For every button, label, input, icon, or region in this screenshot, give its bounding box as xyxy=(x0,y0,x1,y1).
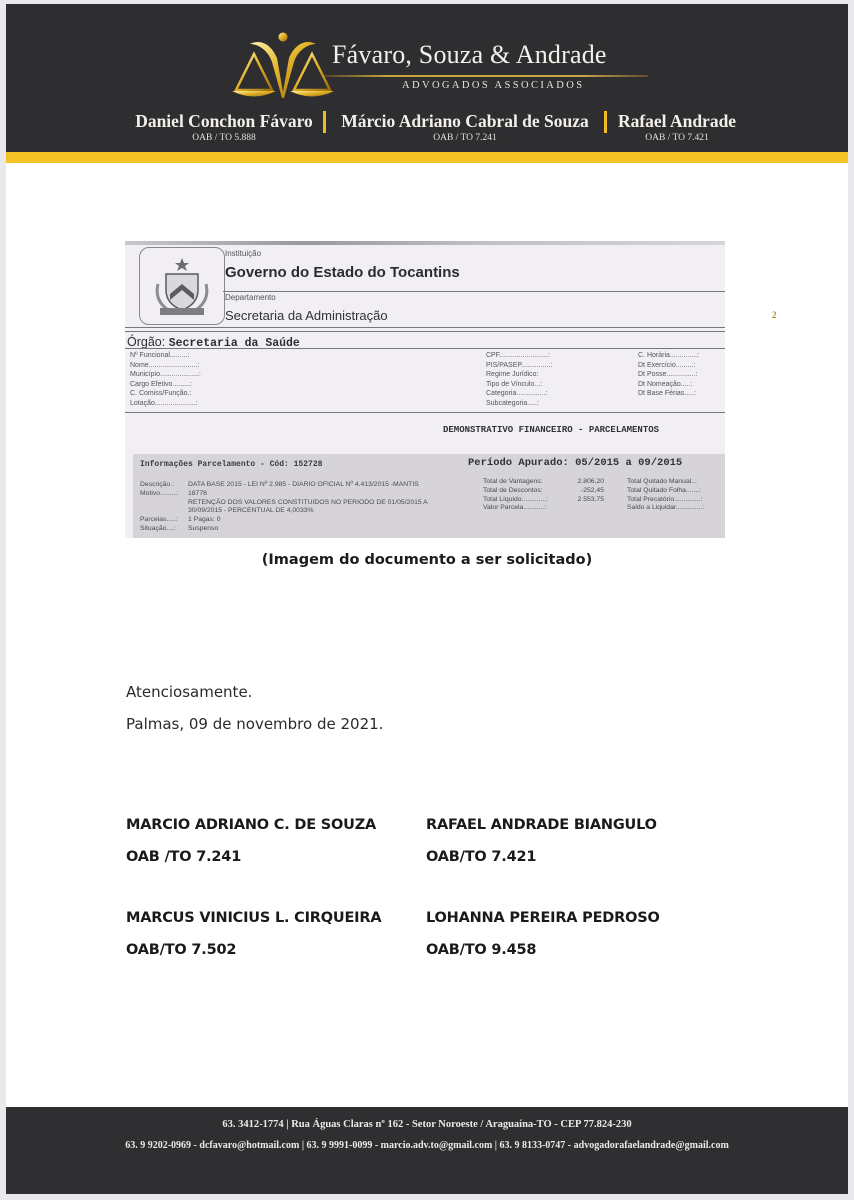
partner-1: Daniel Conchon Fávaro OAB / TO 5.888 xyxy=(130,111,318,145)
scan-shadow-band xyxy=(125,241,725,245)
label: Total Precatório..............: xyxy=(627,496,704,505)
fields-right: C. Horária..............: Dt Exercício..… xyxy=(638,351,699,399)
totals-values: 2.806,20 -252,45 2.553,75 xyxy=(564,478,604,513)
label: Motivo.........: xyxy=(140,490,179,499)
installment-code: Informações Parcelamento - Cód: 152728 xyxy=(140,460,322,469)
institution-name: Governo do Estado do Tocantins xyxy=(225,264,460,281)
department-label: Departamento xyxy=(225,293,276,302)
value: 1 Pagas: 0 xyxy=(188,516,428,525)
label: Saldo a Liquidar..............: xyxy=(627,504,704,513)
value: -252,45 xyxy=(564,487,604,496)
totals-right-labels: Total Quitado Manual..: Total Quitado Fo… xyxy=(627,478,704,513)
field-label: CPF.........................: xyxy=(486,351,552,361)
letterhead: Fávaro, Souza & Andrade ADVOGADOS ASSOCI… xyxy=(6,4,848,152)
orgao-label: Órgão: xyxy=(127,335,165,349)
field-label: Dt Base Férias.....: xyxy=(638,389,699,399)
spacer xyxy=(140,507,179,516)
field-label: Categoria...............: xyxy=(486,389,552,399)
letter-page: Fávaro, Souza & Andrade ADVOGADOS ASSOCI… xyxy=(6,4,848,1194)
partner-name: Rafael Andrade xyxy=(612,111,742,131)
report-title: DEMONSTRATIVO FINANCEIRO - PARCELAMENTOS xyxy=(443,425,659,435)
label: Total Líquido.............: xyxy=(483,496,548,505)
label: Descrição.: xyxy=(140,481,179,490)
value xyxy=(564,504,604,513)
header-accent-stripe xyxy=(6,152,848,163)
partner-list: Daniel Conchon Fávaro OAB / TO 5.888 Már… xyxy=(6,111,848,151)
tocantins-coat-of-arms-icon xyxy=(152,254,212,318)
label: Total de Vantagens: xyxy=(483,478,548,487)
partner-oab: OAB / TO 7.421 xyxy=(612,131,742,145)
partner-2: Márcio Adriano Cabral de Souza OAB / TO … xyxy=(332,111,598,145)
description-labels: Descrição.: Motivo.........: Parcelas...… xyxy=(140,481,179,534)
field-label: Dt Exercício.........: xyxy=(638,361,699,371)
firm-name: Fávaro, Souza & Andrade xyxy=(332,40,607,70)
signatory-name: MARCUS VINICIUS L. CIRQUEIRA xyxy=(126,910,381,926)
letter-footer: 63. 3412-1774 | Rua Águas Claras nº 162 … xyxy=(6,1107,848,1194)
partner-name: Daniel Conchon Fávaro xyxy=(130,111,318,131)
footer-contacts: 63. 9 9202-0969 - dcfavaro@hotmail.com |… xyxy=(6,1140,848,1151)
crest-frame xyxy=(139,247,225,325)
field-label: Nome.........................: xyxy=(130,361,201,371)
divider xyxy=(125,412,725,413)
partner-oab: OAB / TO 5.888 xyxy=(130,131,318,145)
spacer xyxy=(140,499,179,508)
label: Total Quitado Manual..: xyxy=(627,478,704,487)
signatory-oab: OAB/TO 7.502 xyxy=(126,942,236,958)
label: Total Quitado Folha.......: xyxy=(627,487,704,496)
field-label: Subcategoria.....: xyxy=(486,399,552,409)
field-label: Dt Posse...............: xyxy=(638,370,699,380)
divider xyxy=(125,331,725,332)
firm-subtitle: ADVOGADOS ASSOCIADOS xyxy=(402,80,584,91)
fields-middle: CPF.........................: PIS/PASEP.… xyxy=(486,351,552,408)
partner-3: Rafael Andrade OAB / TO 7.421 xyxy=(612,111,742,145)
signatory-name: MARCIO ADRIANO C. DE SOUZA xyxy=(126,817,376,833)
divider xyxy=(223,291,725,292)
value: 18778 xyxy=(188,490,428,499)
place-date: Palmas, 09 de novembro de 2021. xyxy=(126,715,383,733)
field-label: C. Horária..............: xyxy=(638,351,699,361)
signatory-oab: OAB /TO 7.241 xyxy=(126,849,241,865)
field-label: Cargo Efetivo.........: xyxy=(130,380,201,390)
field-label: Regime Jurídico: xyxy=(486,370,552,380)
page-number: 2 xyxy=(772,310,777,320)
signatory-oab: OAB/TO 7.421 xyxy=(426,849,536,865)
fields-left: Nº Funcional.........: Nome.............… xyxy=(130,351,201,408)
signatory-name: RAFAEL ANDRADE BIANGULO xyxy=(426,817,657,833)
image-caption: (Imagem do documento a ser solicitado) xyxy=(6,552,848,568)
divider xyxy=(125,348,725,349)
value: 30/09/2015 - PERCENTUAL DE 4,0033% xyxy=(188,507,428,516)
institution-label: Instituição xyxy=(225,249,261,258)
period: Período Apurado: 05/2015 a 09/2015 xyxy=(468,457,682,469)
partner-divider xyxy=(323,111,326,133)
label: Total de Descontos: xyxy=(483,487,548,496)
label: Valor Parcela...........: xyxy=(483,504,548,513)
signatory-oab: OAB/TO 9.458 xyxy=(426,942,536,958)
signatory-name: LOHANNA PEREIRA PEDROSO xyxy=(426,910,660,926)
divider xyxy=(125,327,725,328)
description-values: DATA BASE 2015 - LEI Nº 2.985 - DIARIO O… xyxy=(188,481,428,534)
field-label: Lotação.....................: xyxy=(130,399,201,409)
partner-divider xyxy=(604,111,607,133)
field-label: C. Comiss/Função.: xyxy=(130,389,201,399)
totals-labels: Total de Vantagens: Total de Descontos: … xyxy=(483,478,548,513)
field-label: Nº Funcional.........: xyxy=(130,351,201,361)
field-label: Município....................: xyxy=(130,370,201,380)
value: 2.553,75 xyxy=(564,496,604,505)
department-name: Secretaria da Administração xyxy=(225,308,388,323)
installment-info-box: Informações Parcelamento - Cód: 152728 P… xyxy=(133,454,725,538)
partner-name: Márcio Adriano Cabral de Souza xyxy=(332,111,598,131)
closing: Atenciosamente. xyxy=(126,683,252,701)
value: RETENÇÃO DOS VALORES CONSTITUIDOS NO PER… xyxy=(188,499,428,508)
field-label: Tipo de Vínculo...: xyxy=(486,380,552,390)
scanned-document-image: Instituição Governo do Estado do Tocanti… xyxy=(125,241,725,538)
value: Suspenso xyxy=(188,525,428,534)
label: Situação....: xyxy=(140,525,179,534)
scales-of-justice-logo-icon xyxy=(228,28,338,110)
field-label: Dt Nomeação.....: xyxy=(638,380,699,390)
footer-address: 63. 3412-1774 | Rua Águas Claras nº 162 … xyxy=(6,1119,848,1130)
value: 2.806,20 xyxy=(564,478,604,487)
field-label: PIS/PASEP...............: xyxy=(486,361,552,371)
value: DATA BASE 2015 - LEI Nº 2.985 - DIARIO O… xyxy=(188,481,428,490)
partner-oab: OAB / TO 7.241 xyxy=(332,131,598,145)
label: Parcelas.....: xyxy=(140,516,179,525)
firm-name-rule xyxy=(322,75,648,77)
